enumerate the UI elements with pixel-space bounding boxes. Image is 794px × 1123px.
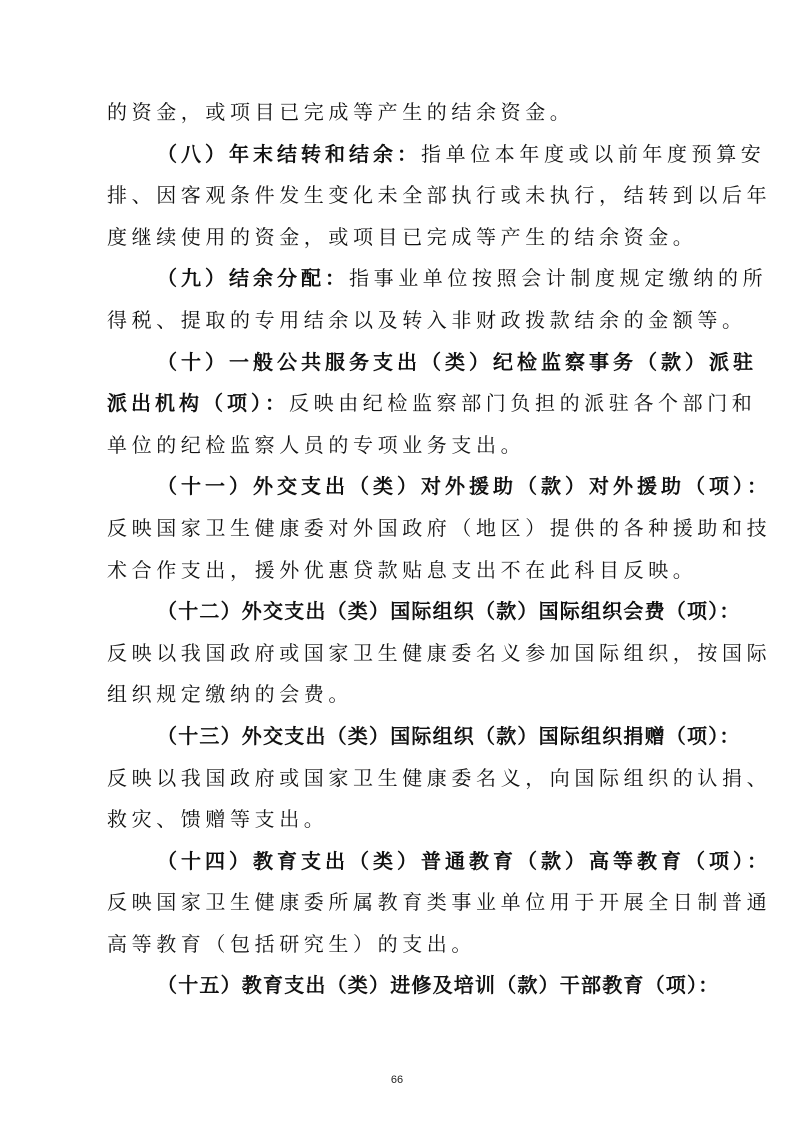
text-line: 排、因客观条件发生变化未全部执行或未执行，结转到以后年 [107, 175, 689, 217]
text-line: 度继续使用的资金，或项目已完成等产生的结余资金。 [107, 217, 689, 259]
section-heading-11: （十一）外交支出（类）对外援助（款）对外援助（项）： [107, 466, 689, 508]
body-text: 指单位本年度或以前年度预算安 [421, 142, 765, 166]
bold-heading: （十四）教育支出（类）普通教育（款）高等教育（项）： [157, 849, 771, 873]
text-line: 单位的纪检监察人员的专项业务支出。 [107, 425, 689, 467]
document-body: 的资金，或项目已完成等产生的结余资金。 （八）年末结转和结余：指单位本年度或以前… [107, 92, 689, 1007]
section-heading-13: （十三）外交支出（类）国际组织（款）国际组织捐赠（项）： [107, 716, 689, 758]
bold-heading: （十二）外交支出（类）国际组织（款）国际组织会费（项）： [157, 599, 741, 623]
bold-heading: （八）年末结转和结余： [157, 142, 421, 166]
bold-heading: （十一）外交支出（类）对外援助（款）对外援助（项）： [157, 474, 771, 498]
text-line: 得税、提取的专用结余以及转入非财政拨款结余的金额等。 [107, 300, 689, 342]
text-line: 术合作支出，援外优惠贷款贴息支出不在此科目反映。 [107, 550, 689, 592]
text-line: 反映国家卫生健康委所属教育类事业单位用于开展全日制普通 [107, 882, 689, 924]
bold-heading: 派出机构（项）： [107, 391, 289, 415]
body-text: 组织规定缴纳的会费。 [107, 682, 353, 706]
body-text: 指事业单位按照会计制度规定缴纳的所 [349, 266, 767, 290]
body-text: 反映国家卫生健康委对外国政府（地区）提供的各种援助和技 [107, 516, 771, 540]
bold-heading: （九）结余分配： [157, 266, 349, 290]
section-heading-8: （八）年末结转和结余：指单位本年度或以前年度预算安 [107, 134, 689, 176]
page-number: 66 [0, 1074, 794, 1086]
body-text: 反映以我国政府或国家卫生健康委名义参加国际组织，按国际 [107, 641, 771, 665]
bold-heading: （十五）教育支出（类）进修及培训（款）干部教育（项）： [157, 973, 719, 997]
body-text: 高等教育（包括研究生）的支出。 [107, 932, 476, 956]
body-text: 单位的纪检监察人员的专项业务支出。 [107, 433, 525, 457]
text-line: 的资金，或项目已完成等产生的结余资金。 [107, 92, 689, 134]
body-text: 得税、提取的专用结余以及转入非财政拨款结余的金额等。 [107, 308, 747, 332]
body-text: 度继续使用的资金，或项目已完成等产生的结余资金。 [107, 225, 697, 249]
text-line: 反映以我国政府或国家卫生健康委名义参加国际组织，按国际 [107, 633, 689, 675]
section-heading-12: （十二）外交支出（类）国际组织（款）国际组织会费（项）： [107, 591, 689, 633]
section-heading-15: （十五）教育支出（类）进修及培训（款）干部教育（项）： [107, 965, 689, 1007]
text-line: 反映以我国政府或国家卫生健康委名义，向国际组织的认捐、 [107, 758, 689, 800]
text-line: 派出机构（项）：反映由纪检监察部门负担的派驻各个部门和 [107, 383, 689, 425]
section-heading-10: （十）一般公共服务支出（类）纪检监察事务（款）派驻 [107, 342, 689, 384]
section-heading-9: （九）结余分配：指事业单位按照会计制度规定缴纳的所 [107, 258, 689, 300]
bold-heading: （十三）外交支出（类）国际组织（款）国际组织捐赠（项）： [157, 724, 741, 748]
text-line: 高等教育（包括研究生）的支出。 [107, 924, 689, 966]
text-line: 组织规定缴纳的会费。 [107, 674, 689, 716]
body-text: 反映国家卫生健康委所属教育类事业单位用于开展全日制普通 [107, 890, 771, 914]
section-heading-14: （十四）教育支出（类）普通教育（款）高等教育（项）： [107, 841, 689, 883]
body-text: 救灾、馈赠等支出。 [107, 807, 328, 831]
body-text: 排、因客观条件发生变化未全部执行或未执行，结转到以后年 [107, 183, 771, 207]
text-line: 救灾、馈赠等支出。 [107, 799, 689, 841]
body-text: 反映以我国政府或国家卫生健康委名义，向国际组织的认捐、 [107, 766, 771, 790]
body-text: 反映由纪检监察部门负担的派驻各个部门和 [289, 391, 756, 415]
text-line: 反映国家卫生健康委对外国政府（地区）提供的各种援助和技 [107, 508, 689, 550]
body-text: 的资金，或项目已完成等产生的结余资金。 [107, 100, 574, 124]
bold-heading: （十）一般公共服务支出（类）纪检监察事务（款）派驻 [157, 350, 757, 374]
body-text: 术合作支出，援外优惠贷款贴息支出不在此科目反映。 [107, 558, 697, 582]
